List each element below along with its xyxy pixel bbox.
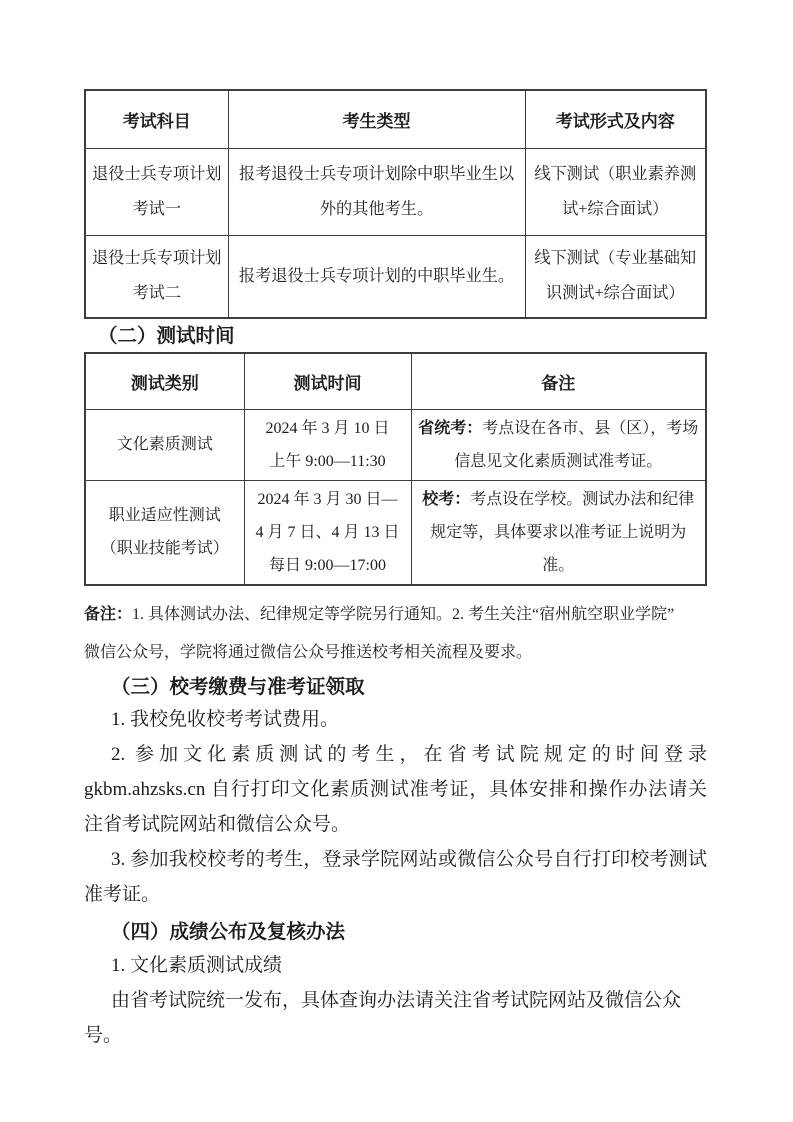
para-line: 3. 参加我校校考的考生，登录学院网站或微信公众号自行打印校考测试 <box>84 842 707 877</box>
cell-note-1: 省统考：考点设在各市、县（区），考场信息见文化素质测试准考证。 <box>411 409 706 480</box>
para-line: gkbm.ahzsks.cn 自行打印文化素质测试准考证，具体安排和操作办法请关 <box>84 772 707 807</box>
header-test-category: 测试类别 <box>85 353 244 409</box>
para-print-culture-test-ticket: 2. 参加文化素质测试的考生，在省考试院规定的时间登录 gkbm.ahzsks.… <box>84 737 707 842</box>
section-heading-fee-admission: （三）校考缴费与准考证领取 <box>84 674 707 702</box>
note-label: 省统考： <box>418 420 482 437</box>
section-heading-test-time: （二）测试时间 <box>84 324 707 350</box>
para-culture-score-detail: 由省考试院统一发布，具体查询办法请关注省考试院网站及微信公众号。 <box>84 983 707 1053</box>
table-row: 文化素质测试 2024 年 3 月 10 日 上午 9:00—11:30 省统考… <box>85 409 706 480</box>
remark-line: 备注：1. 具体测试办法、纪律规定等学院另行通知。2. 考生关注“宿州航空职业学… <box>84 596 707 634</box>
time-line: 2024 年 3 月 10 日 <box>251 412 405 445</box>
cell-note-2: 校考：考点设在学校。测试办法和纪律规定等，具体要求以准考证上说明为准。 <box>411 480 706 585</box>
para-free-fee: 1. 我校免收校考考试费用。 <box>84 702 707 737</box>
note-label: 校考： <box>422 491 470 508</box>
header-exam-format: 考试形式及内容 <box>525 90 706 148</box>
cell-type-2: 报考退役士兵专项计划的中职毕业生。 <box>228 235 525 318</box>
remark-label: 备注： <box>84 606 132 623</box>
remark-paragraph: 备注：1. 具体测试办法、纪律规定等学院另行通知。2. 考生关注“宿州航空职业学… <box>84 596 707 672</box>
remark-text: 1. 具体测试办法、纪律规定等学院另行通知。2. 考生关注“宿州航空职业学院” <box>132 606 674 623</box>
time-line: 上午 9:00—11:30 <box>251 445 405 478</box>
table-row: 职业适应性测试 （职业技能考试） 2024 年 3 月 30 日— 4 月 7 … <box>85 480 706 585</box>
header-remark: 备注 <box>411 353 706 409</box>
table-header-row: 考试科目 考生类型 考试形式及内容 <box>85 90 706 148</box>
header-exam-subject: 考试科目 <box>85 90 228 148</box>
document-page: 考试科目 考生类型 考试形式及内容 退役士兵专项计划考试一 报考退役士兵专项计划… <box>0 0 793 1122</box>
cell-category-2: 职业适应性测试 （职业技能考试） <box>85 480 244 585</box>
time-line: 每日 9:00—17:00 <box>251 549 405 582</box>
cell-subject-1: 退役士兵专项计划考试一 <box>85 148 228 235</box>
cell-type-1: 报考退役士兵专项计划除中职毕业生以外的其他考生。 <box>228 148 525 235</box>
table-row: 退役士兵专项计划考试二 报考退役士兵专项计划的中职毕业生。 线下测试（专业基础知… <box>85 235 706 318</box>
category-line: 职业适应性测试 <box>92 499 238 532</box>
cell-format-1: 线下测试（职业素养测试+综合面试） <box>525 148 706 235</box>
para-line: 注省考试院网站和微信公众号。 <box>84 807 707 842</box>
cell-subject-2: 退役士兵专项计划考试二 <box>85 235 228 318</box>
exam-subjects-table: 考试科目 考生类型 考试形式及内容 退役士兵专项计划考试一 报考退役士兵专项计划… <box>84 89 707 319</box>
cell-category-1: 文化素质测试 <box>85 409 244 480</box>
time-line: 2024 年 3 月 30 日— <box>251 483 405 516</box>
para-line: 准考证。 <box>84 877 707 912</box>
category-line: （职业技能考试） <box>92 532 238 565</box>
note-text: 考点设在学校。测试办法和纪律规定等，具体要求以准考证上说明为准。 <box>430 491 694 574</box>
para-line: 2. 参加文化素质测试的考生，在省考试院规定的时间登录 <box>84 737 707 772</box>
note-text: 考点设在各市、县（区），考场信息见文化素质测试准考证。 <box>454 420 698 470</box>
cell-time-2: 2024 年 3 月 30 日— 4 月 7 日、4 月 13 日 每日 9:0… <box>244 480 411 585</box>
time-line: 4 月 7 日、4 月 13 日 <box>251 516 405 549</box>
cell-time-1: 2024 年 3 月 10 日 上午 9:00—11:30 <box>244 409 411 480</box>
header-candidate-type: 考生类型 <box>228 90 525 148</box>
test-time-table: 测试类别 测试时间 备注 文化素质测试 2024 年 3 月 10 日 上午 9… <box>84 352 707 586</box>
section-heading-score-release: （四）成绩公布及复核办法 <box>84 918 707 948</box>
table-row: 退役士兵专项计划考试一 报考退役士兵专项计划除中职毕业生以外的其他考生。 线下测… <box>85 148 706 235</box>
table-header-row: 测试类别 测试时间 备注 <box>85 353 706 409</box>
cell-format-2: 线下测试（专业基础知识测试+综合面试） <box>525 235 706 318</box>
header-test-time: 测试时间 <box>244 353 411 409</box>
remark-line: 微信公众号，学院将通过微信公众号推送校考相关流程及要求。 <box>84 634 707 672</box>
para-print-school-test-ticket: 3. 参加我校校考的考生，登录学院网站或微信公众号自行打印校考测试 准考证。 <box>84 842 707 912</box>
para-culture-score-title: 1. 文化素质测试成绩 <box>84 948 707 983</box>
